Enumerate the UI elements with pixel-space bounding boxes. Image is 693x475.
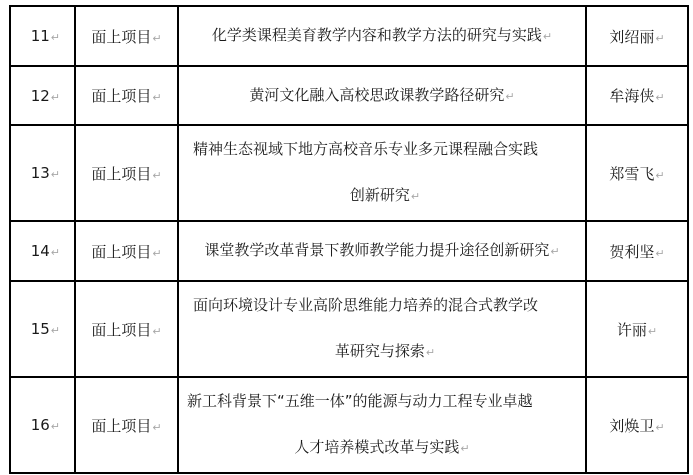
- paragraph-mark-icon: ↵: [152, 247, 161, 260]
- paragraph-mark-icon: ↵: [411, 190, 420, 203]
- paragraph-mark-icon: ↵: [655, 421, 664, 434]
- project-type-cell: 面上项目↵: [75, 281, 178, 377]
- project-type-cell: 面上项目↵: [75, 221, 178, 281]
- leader-name-cell: 刘焕卫↵: [586, 377, 688, 473]
- paragraph-mark-icon: ↵: [51, 324, 60, 337]
- paragraph-mark-icon: ↵: [152, 421, 161, 434]
- project-table: 11↵ 面上项目↵ 化学类课程美育教学内容和教学方法的研究与实践↵ 刘绍丽↵ 1…: [9, 5, 689, 474]
- paragraph-mark-icon: ↵: [51, 91, 60, 104]
- paragraph-mark-icon: ↵: [460, 442, 469, 455]
- table-row: 14↵ 面上项目↵ 课堂教学改革背景下教师教学能力提升途径创新研究↵ 贺利坚↵: [10, 221, 688, 281]
- project-type-cell: 面上项目↵: [75, 125, 178, 221]
- paragraph-mark-icon: ↵: [51, 168, 60, 181]
- table-row: 16↵ 面上项目↵ 新工科背景下“五维一体”的能源与动力工程专业卓越人才培养模式…: [10, 377, 688, 473]
- paragraph-mark-icon: ↵: [655, 247, 664, 260]
- paragraph-mark-icon: ↵: [505, 90, 514, 103]
- paragraph-mark-icon: ↵: [51, 31, 60, 44]
- leader-name-cell: 牟海侠↵: [586, 66, 688, 125]
- project-title-cell: 黄河文化融入高校思政课教学路径研究↵: [178, 66, 586, 125]
- leader-name-cell: 郑雪飞↵: [586, 125, 688, 221]
- paragraph-mark-icon: ↵: [655, 32, 664, 45]
- project-type-cell: 面上项目↵: [75, 377, 178, 473]
- paragraph-mark-icon: ↵: [152, 169, 161, 182]
- project-title-cell: 精神生态视域下地方高校音乐专业多元课程融合实践创新研究↵: [178, 125, 586, 221]
- row-number-cell: 11↵: [10, 6, 75, 66]
- row-number-cell: 16↵: [10, 377, 75, 473]
- paragraph-mark-icon: ↵: [655, 91, 664, 104]
- paragraph-mark-icon: ↵: [51, 246, 60, 259]
- paragraph-mark-icon: ↵: [550, 245, 559, 258]
- row-number-cell: 13↵: [10, 125, 75, 221]
- paragraph-mark-icon: ↵: [152, 325, 161, 338]
- project-title-cell: 化学类课程美育教学内容和教学方法的研究与实践↵: [178, 6, 586, 66]
- leader-name-cell: 许丽↵: [586, 281, 688, 377]
- paragraph-mark-icon: ↵: [152, 91, 161, 104]
- project-title-cell: 课堂教学改革背景下教师教学能力提升途径创新研究↵: [178, 221, 586, 281]
- table-row: 12↵ 面上项目↵ 黄河文化融入高校思政课教学路径研究↵ 牟海侠↵: [10, 66, 688, 125]
- project-title-cell: 新工科背景下“五维一体”的能源与动力工程专业卓越人才培养模式改革与实践↵: [178, 377, 586, 473]
- paragraph-mark-icon: ↵: [543, 30, 552, 43]
- leader-name-cell: 刘绍丽↵: [586, 6, 688, 66]
- paragraph-mark-icon: ↵: [426, 346, 435, 359]
- leader-name-cell: 贺利坚↵: [586, 221, 688, 281]
- table-row: 15↵ 面上项目↵ 面向环境设计专业高阶思维能力培养的混合式教学改革研究与探索↵…: [10, 281, 688, 377]
- paragraph-mark-icon: ↵: [51, 420, 60, 433]
- table-row: 11↵ 面上项目↵ 化学类课程美育教学内容和教学方法的研究与实践↵ 刘绍丽↵: [10, 6, 688, 66]
- paragraph-mark-icon: ↵: [152, 32, 161, 45]
- paragraph-mark-icon: ↵: [655, 169, 664, 182]
- paragraph-mark-icon: ↵: [648, 325, 657, 338]
- row-number-cell: 12↵: [10, 66, 75, 125]
- row-number-cell: 14↵: [10, 221, 75, 281]
- project-type-cell: 面上项目↵: [75, 66, 178, 125]
- project-title-cell: 面向环境设计专业高阶思维能力培养的混合式教学改革研究与探索↵: [178, 281, 586, 377]
- table-row: 13↵ 面上项目↵ 精神生态视域下地方高校音乐专业多元课程融合实践创新研究↵ 郑…: [10, 125, 688, 221]
- row-number-cell: 15↵: [10, 281, 75, 377]
- project-type-cell: 面上项目↵: [75, 6, 178, 66]
